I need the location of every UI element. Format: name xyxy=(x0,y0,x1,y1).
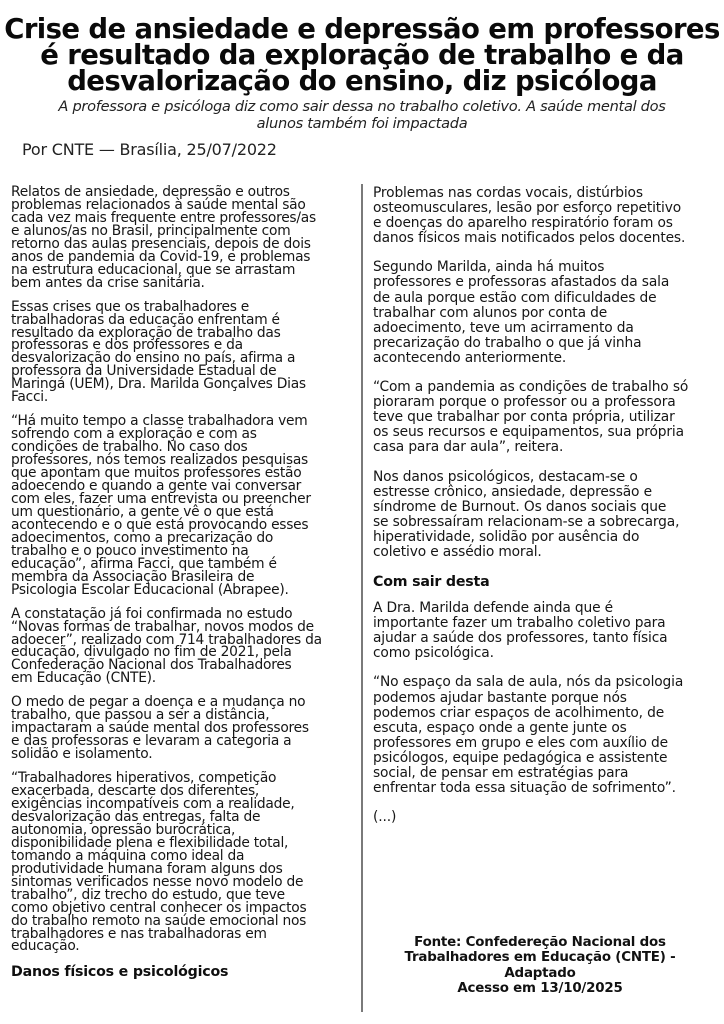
quote-paragraph: “Trabalhadores hiperativos, competição e… xyxy=(11,772,356,953)
text-line: em Educação (CNTE). xyxy=(11,672,356,685)
text-line: se sobressaíram relacionam-se a sobrecar… xyxy=(373,515,718,530)
text-line: casa para dar aula”, reitera. xyxy=(373,440,718,455)
text-line: coletivo e assédio moral. xyxy=(373,545,718,560)
article-subtitle: A professora e psicóloga diz como sair d… xyxy=(0,98,724,132)
source-citation: Fonte: Confedereção Nacional dos Trabalh… xyxy=(370,935,710,996)
text-line: bem antes da crise sanitária. xyxy=(11,277,356,290)
text-line: psicólogos, equipe pedagógica e assisten… xyxy=(373,751,718,766)
paragraph: Essas crises que os trabalhadores e trab… xyxy=(11,301,356,405)
text-line: “Com a pandemia as condições de trabalho… xyxy=(373,380,718,395)
paragraph: Problemas nas cordas vocais, distúrbios … xyxy=(373,186,718,246)
subtitle-line: A professora e psicóloga diz como sair d… xyxy=(0,98,724,115)
text-line: Facci. xyxy=(11,391,356,404)
text-line: “No espaço da sala de aula, nós da psico… xyxy=(373,675,718,690)
text-line: A Dra. Marilda defende ainda que é xyxy=(373,601,718,616)
source-line: Fonte: Confedereção Nacional dos xyxy=(370,935,710,950)
text-line: (...) xyxy=(373,810,718,825)
source-line: Trabalhadores em Educação (CNTE) - xyxy=(370,950,710,965)
section-heading-physical-psychological-damage: Danos físicos e psicológicos xyxy=(11,964,356,981)
article-title: Crise de ansiedade e depressão em profes… xyxy=(0,16,724,94)
quote-paragraph: “No espaço da sala de aula, nós da psico… xyxy=(373,675,718,796)
text-line: professores em grupo e eles com auxílio … xyxy=(373,736,718,751)
text-line: solidão e isolamento. xyxy=(11,748,356,761)
paragraph: Relatos de ansiedade, depressão e outros… xyxy=(11,186,356,290)
text-line: Segundo Marilda, ainda há muitos xyxy=(373,260,718,275)
title-line: desvalorização do ensino, diz psicóloga xyxy=(0,68,724,94)
text-line: importante fazer um trabalho coletivo pa… xyxy=(373,616,718,631)
text-line: Problemas nas cordas vocais, distúrbios xyxy=(373,186,718,201)
text-line: pioraram porque o professor ou a profess… xyxy=(373,395,718,410)
column-divider xyxy=(361,184,363,1012)
text-line: escuta, espaço onde a gente junte os xyxy=(373,721,718,736)
text-line: teve que trabalhar por conta própria, ut… xyxy=(373,410,718,425)
text-line: podemos ajudar bastante porque nós xyxy=(373,691,718,706)
text-line: e doenças do aparelho respiratório foram… xyxy=(373,216,718,231)
text-line: de aula porque estão com dificuldades de xyxy=(373,291,718,306)
quote-paragraph: “Com a pandemia as condições de trabalho… xyxy=(373,380,718,455)
text-line: osteomusculares, lesão por esforço repet… xyxy=(373,201,718,216)
text-line: Nos danos psicológicos, destacam-se o xyxy=(373,470,718,485)
access-date: Acesso em 13/10/2025 xyxy=(370,981,710,996)
text-line: acontecendo anteriormente. xyxy=(373,351,718,366)
section-heading-how-to-get-out: Com sair desta xyxy=(373,574,718,591)
paragraph: Segundo Marilda, ainda há muitos profess… xyxy=(373,260,718,366)
text-line: como psicológica. xyxy=(373,646,718,661)
paragraph: O medo de pegar a doença e a mudança no … xyxy=(11,696,356,761)
quote-paragraph: “Há muito tempo a classe trabalhadora ve… xyxy=(11,415,356,596)
text-line: precarização do trabalho o que já vinha xyxy=(373,336,718,351)
text-line: estresse crônico, ansiedade, depressão e xyxy=(373,485,718,500)
text-line: hiperatividade, solidão por ausência do xyxy=(373,530,718,545)
text-line: adoecimento, teve um acirramento da xyxy=(373,321,718,336)
text-line: professores e professoras afastados da s… xyxy=(373,275,718,290)
paragraph: A Dra. Marilda defende ainda que é impor… xyxy=(373,601,718,661)
text-line: social, de pensar em estratégias para xyxy=(373,766,718,781)
text-line: síndrome de Burnout. Os danos sociais qu… xyxy=(373,500,718,515)
text-line: ajudar a saúde dos professores, tanto fí… xyxy=(373,631,718,646)
subtitle-line: alunos também foi impactada xyxy=(0,115,724,132)
byline: Por CNTE — Brasília, 25/07/2022 xyxy=(22,140,277,160)
right-column: Problemas nas cordas vocais, distúrbios … xyxy=(373,186,718,839)
left-column: Relatos de ansiedade, depressão e outros… xyxy=(11,186,356,991)
text-line: os seus recursos e equipamentos, sua pró… xyxy=(373,425,718,440)
ellipsis-paragraph: (...) xyxy=(373,810,718,825)
text-line: Maringá (UEM), Dra. Marilda Gonçalves Di… xyxy=(11,378,356,391)
paragraph: A constatação já foi confirmada no estud… xyxy=(11,608,356,686)
text-line: podemos criar espaços de acolhimento, de xyxy=(373,706,718,721)
text-line: Psicologia Escolar Educacional (Abrapee)… xyxy=(11,584,356,597)
text-line: educação. xyxy=(11,940,356,953)
text-line: danos físicos mais notificados pelos doc… xyxy=(373,231,718,246)
source-line: Adaptado xyxy=(370,966,710,981)
text-line: enfrentar toda essa situação de sofrimen… xyxy=(373,781,718,796)
text-line: trabalhar com alunos por conta de xyxy=(373,306,718,321)
paragraph: Nos danos psicológicos, destacam-se o es… xyxy=(373,470,718,561)
